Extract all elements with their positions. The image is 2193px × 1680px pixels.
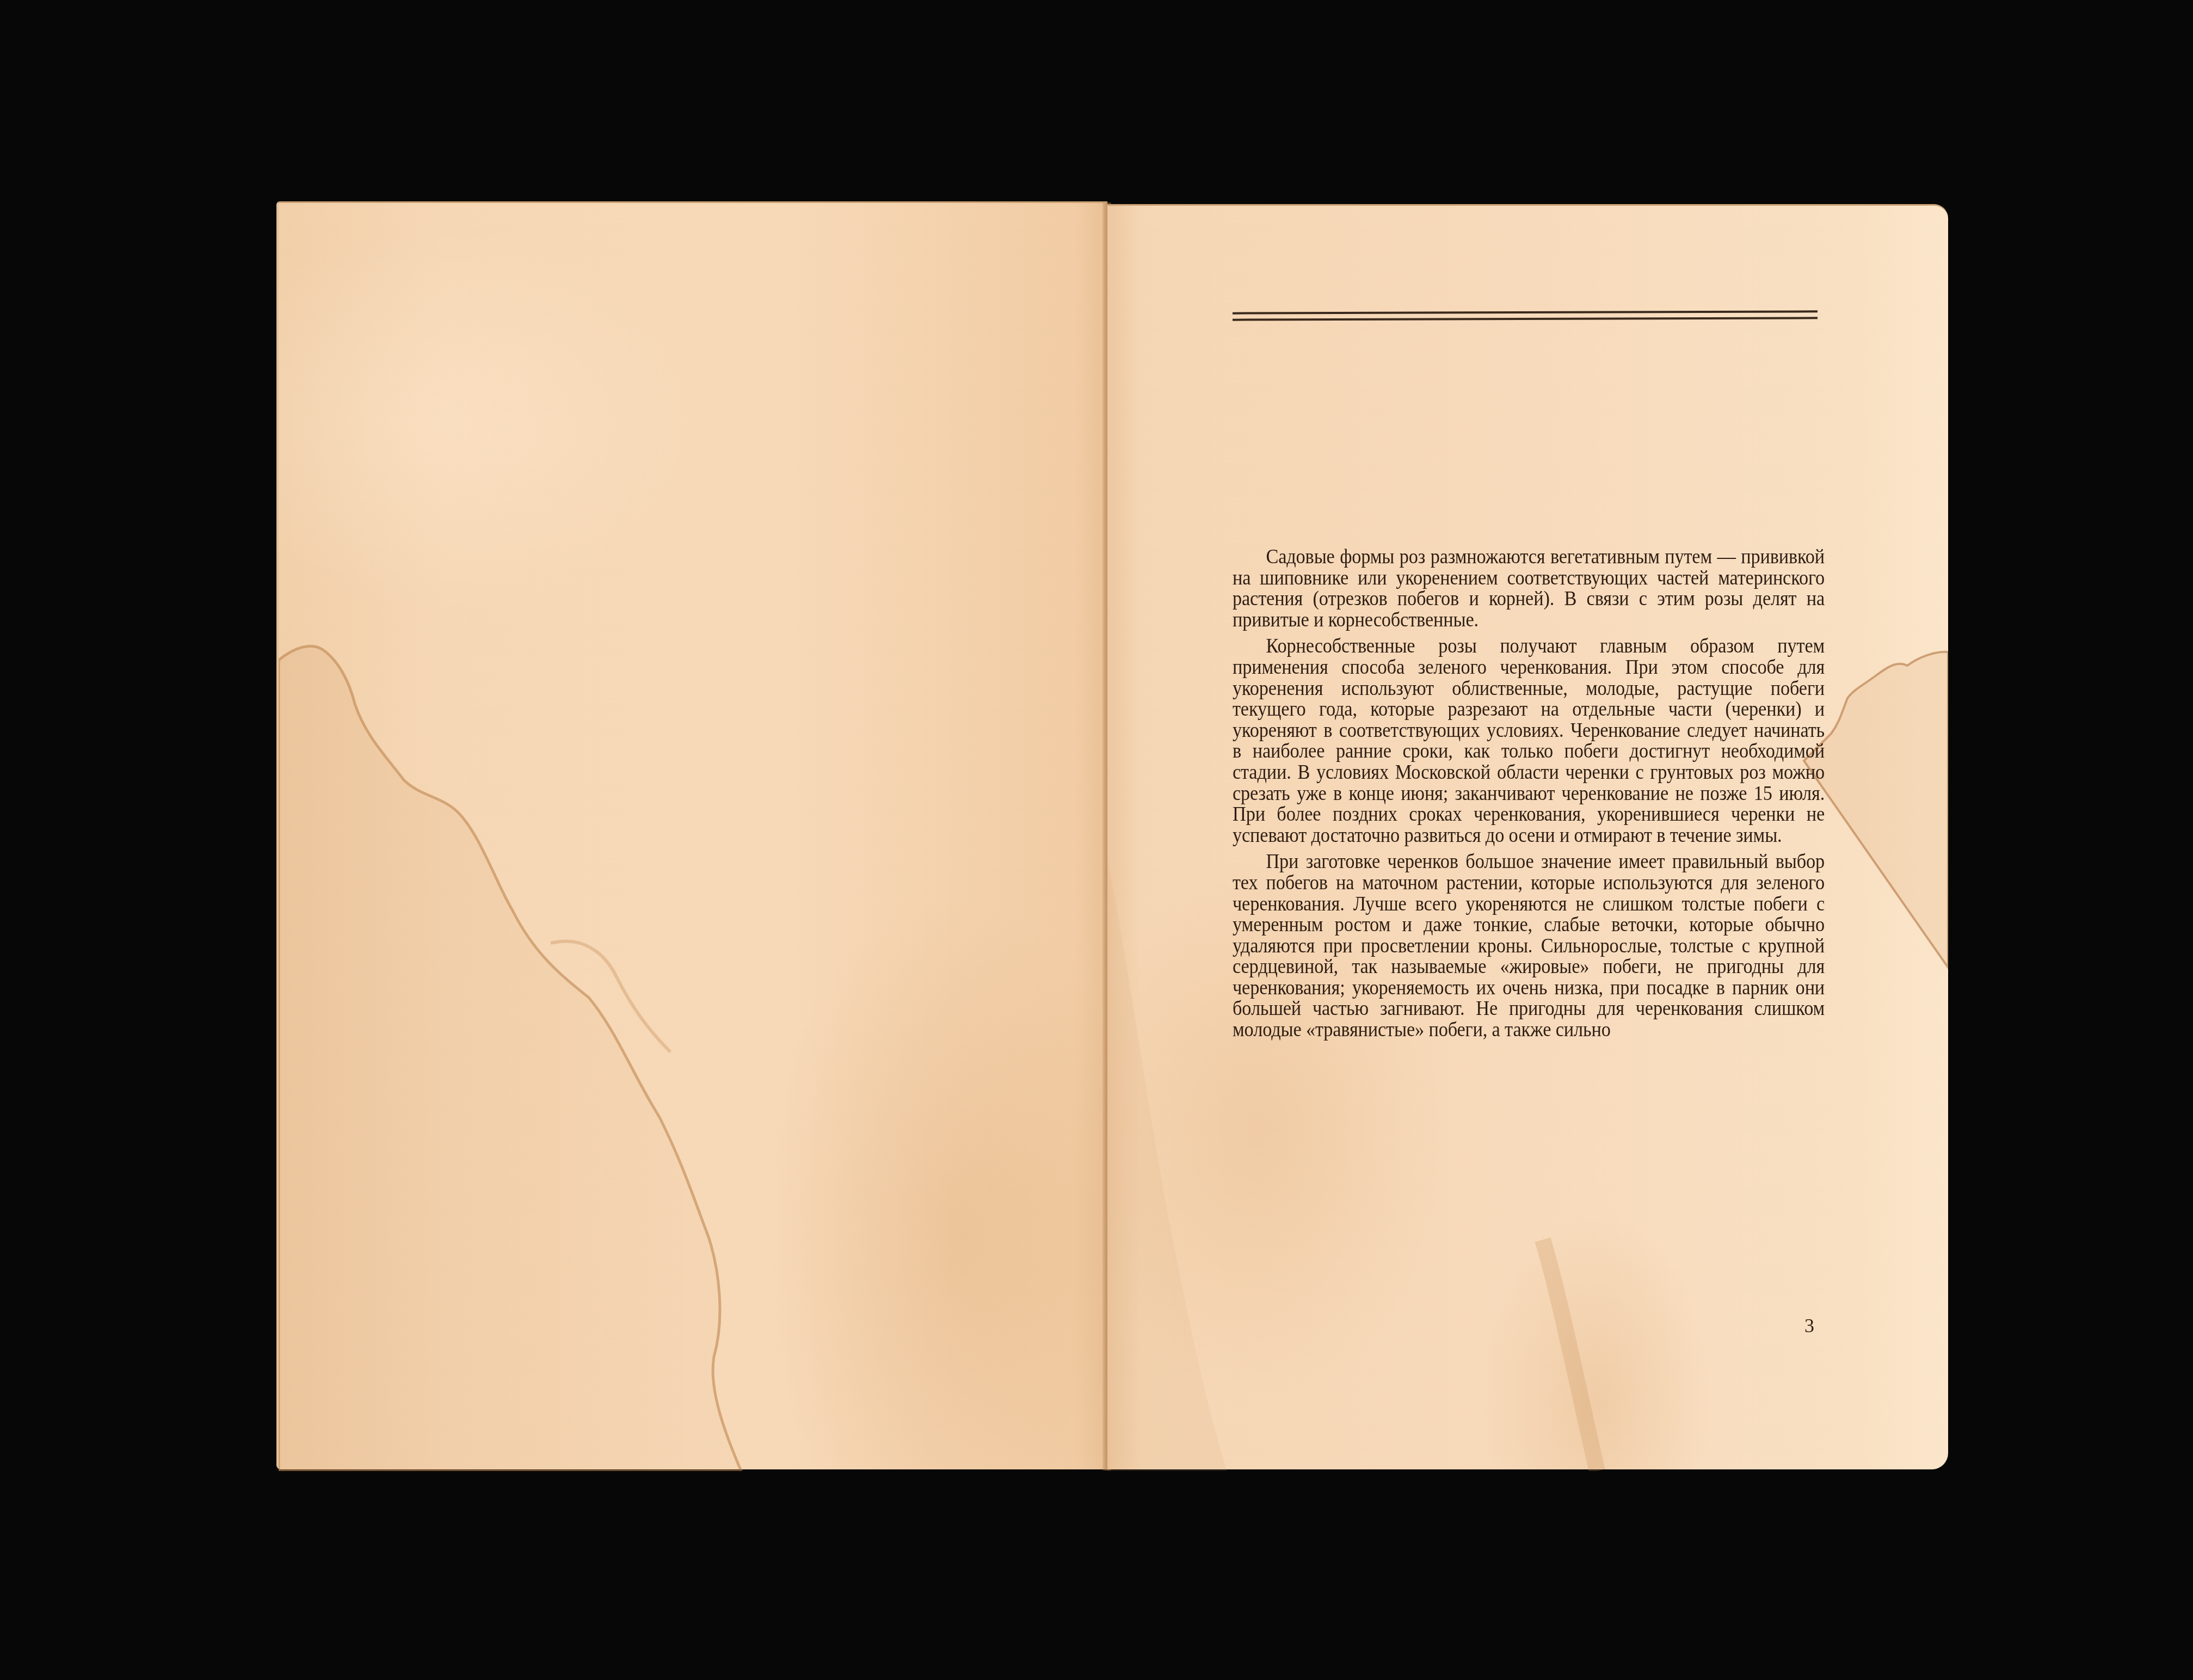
paragraph: Садовые формы роз размножаются вегетатив… bbox=[1233, 547, 1825, 631]
paragraph: Корнесобственные розы получают главным о… bbox=[1233, 636, 1825, 846]
body-text: Садовые формы роз размножаются вегетатив… bbox=[1233, 547, 1825, 1047]
water-stain-left bbox=[279, 203, 1110, 1471]
left-page bbox=[276, 201, 1107, 1469]
page-number: 3 bbox=[1804, 1314, 1814, 1337]
paragraph: При заготовке черенков большое значение … bbox=[1233, 852, 1825, 1041]
booklet-spread: Садовые формы роз размножаются вегетатив… bbox=[0, 0, 2193, 1680]
